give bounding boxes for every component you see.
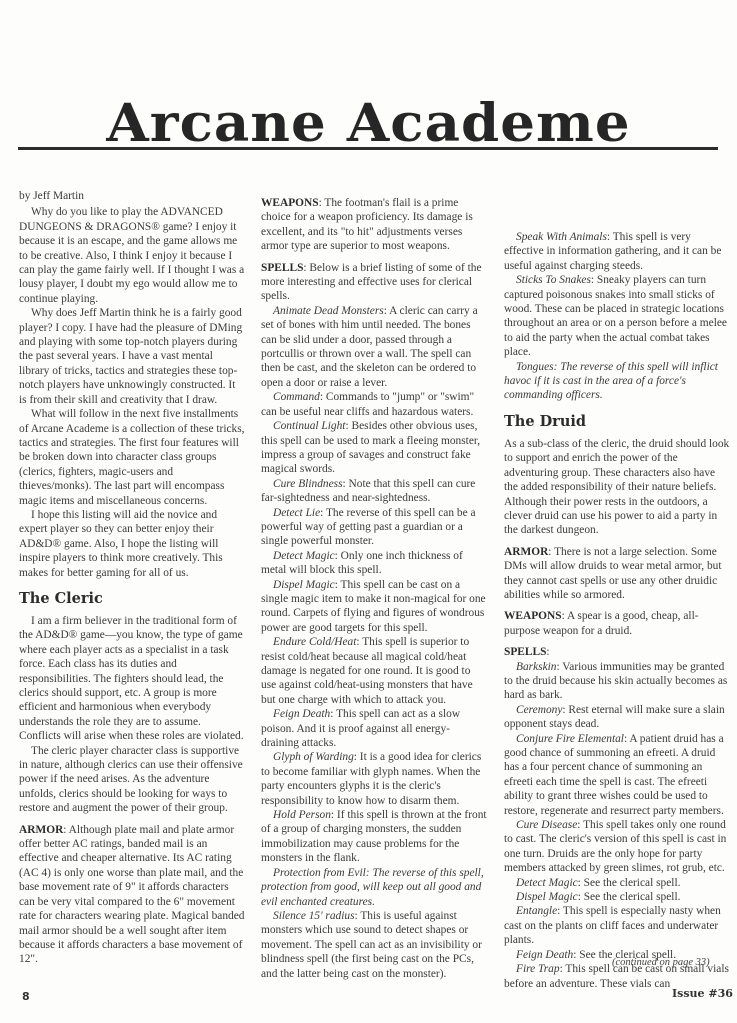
cleric-spells-paragraph: SPELLS: Below is a brief listing of some… <box>261 261 487 304</box>
weapons-label: WEAPONS <box>261 197 319 209</box>
intro-paragraph: What will follow in the next five instal… <box>19 407 245 508</box>
intro-paragraph: Why do you like to play the ADVANCED DUN… <box>19 205 245 306</box>
cleric-armor-paragraph: ARMOR: Although plate mail and plate arm… <box>19 823 245 967</box>
spell-entry: Ceremony: Rest eternal will make sure a … <box>504 703 730 732</box>
column-2: WEAPONS: The footman's flail is a prime … <box>261 175 487 981</box>
spell-entry: Detect Magic: See the clerical spell. <box>504 876 730 890</box>
spell-entry: Speak With Animals: This spell is very e… <box>504 230 730 273</box>
spell-entry: Cure Disease: This spell takes only one … <box>504 818 730 876</box>
continued-note: (continued on page 33) <box>612 957 710 968</box>
column-1: by Jeff Martin Why do you like to play t… <box>19 189 245 967</box>
article-title: Arcane Academe <box>0 96 737 152</box>
page-number: 8 <box>22 990 30 1003</box>
spell-entry: Entangle: This spell is especially nasty… <box>504 904 730 947</box>
spell-entry: Conjure Fire Elemental: A patient druid … <box>504 732 730 818</box>
armor-text: : Although plate mail and plate armor of… <box>19 824 244 966</box>
section-heading-druid: The Druid <box>504 413 730 431</box>
spell-entry: Continual Light: Besides other obvious u… <box>261 419 487 477</box>
spell-entry: Dispel Magic: See the clerical spell. <box>504 890 730 904</box>
cleric-paragraph: The cleric player character class is sup… <box>19 744 245 816</box>
spell-entry: Silence 15' radius: This is useful again… <box>261 909 487 981</box>
section-heading-cleric: The Cleric <box>19 590 245 608</box>
spell-entry: Command: Commands to "jump" or "swim" ca… <box>261 390 487 419</box>
spell-entry: Animate Dead Monsters: A cleric can carr… <box>261 304 487 390</box>
spell-entry: Protection from Evil: The reverse of thi… <box>261 866 487 909</box>
spell-entry: Dispel Magic: This spell can be cast on … <box>261 578 487 636</box>
byline: by Jeff Martin <box>19 189 245 203</box>
spell-entry: Hold Person: If this spell is thrown at … <box>261 808 487 866</box>
intro-paragraph: I hope this listing will aid the novice … <box>19 508 245 580</box>
spell-entry: Barkskin: Various immunities may be gran… <box>504 660 730 703</box>
cleric-weapons-paragraph: WEAPONS: The footman's flail is a prime … <box>261 196 487 254</box>
spell-entry: Cure Blindness: Note that this spell can… <box>261 477 487 506</box>
spell-entry: Tongues: The reverse of this spell will … <box>504 360 730 403</box>
spell-entry: Sticks To Snakes: Sneaky players can tur… <box>504 273 730 359</box>
spell-entry: Endure Cold/Heat: This spell is superior… <box>261 635 487 707</box>
druid-weapons-paragraph: WEAPONS: A spear is a good, cheap, all-p… <box>504 609 730 638</box>
title-rule <box>18 147 718 150</box>
druid-intro: As a sub-class of the cleric, the druid … <box>504 437 730 538</box>
spell-entry: Glyph of Warding: It is a good idea for … <box>261 750 487 808</box>
spell-entry: Detect Lie: The reverse of this spell ca… <box>261 506 487 549</box>
druid-spells-label: SPELLS: <box>504 645 730 659</box>
issue-number: Issue #36 <box>672 987 733 1000</box>
spell-entry: Feign Death: This spell can act as a slo… <box>261 707 487 750</box>
spell-entry: Detect Magic: Only one inch thickness of… <box>261 549 487 578</box>
spells-label: SPELLS <box>261 262 303 274</box>
intro-paragraph: Why does Jeff Martin think he is a fairl… <box>19 306 245 407</box>
cleric-paragraph: I am a firm believer in the traditional … <box>19 614 245 744</box>
druid-armor-paragraph: ARMOR: There is not a large selection. S… <box>504 545 730 603</box>
armor-label: ARMOR <box>19 824 63 836</box>
column-3: Speak With Animals: This spell is very e… <box>504 230 730 991</box>
